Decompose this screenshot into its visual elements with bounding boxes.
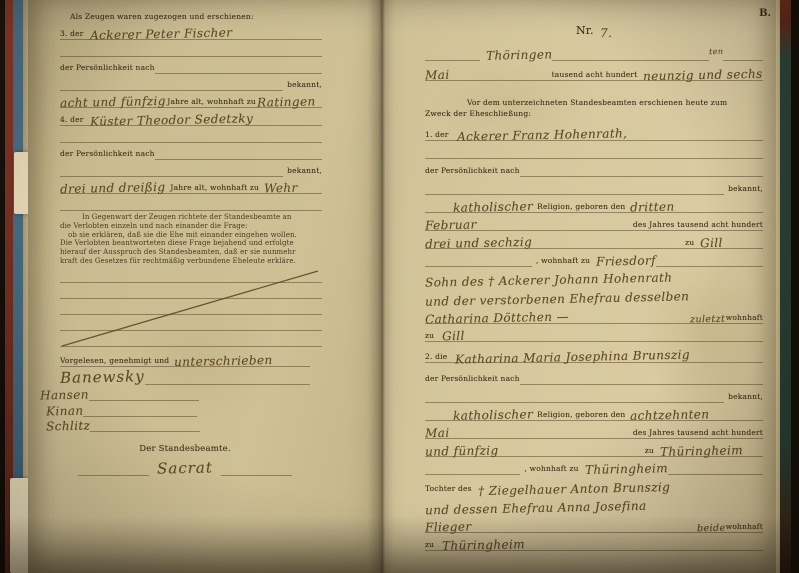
jahres-label: des Jahres tausend acht hundert — [633, 221, 763, 232]
form-row: Flieger beide wohnhaft — [425, 515, 763, 534]
registrar-signature: Sacrat — [157, 458, 213, 477]
groom-prefix: 1. der — [425, 131, 449, 142]
witness3-name-handwriting: Ackerer Peter Fischer — [89, 26, 232, 43]
witness-section: Als Zeugen waren zugezogen und erschiene… — [60, 10, 322, 212]
witness-signature: Kinan — [46, 404, 84, 419]
date-row: Mai tausend acht hundert neunzig und sec… — [425, 62, 763, 82]
groom-birthmonth-handwriting: Februar — [425, 217, 477, 232]
form-row: Mai des Jahres tausend acht hundert — [425, 422, 763, 440]
record-number-handwriting: 7. — [600, 26, 613, 40]
paragraph-line: Die Verlobten beantworteten diese Frage … — [60, 239, 322, 248]
diagonal-strike-line — [60, 268, 322, 348]
corner-page-label: B. — [759, 8, 771, 19]
record-number-row: Nr. 7. — [425, 22, 763, 40]
form-row: , wohnhaft zu Friesdorf — [425, 250, 763, 268]
form-row: 3. der Ackerer Peter Fischer — [60, 24, 322, 41]
place-date-row: Thöringen ten — [425, 40, 763, 62]
groom-birthyear-handwriting: drei und sechzig — [425, 235, 532, 251]
zu-label: zu — [425, 332, 434, 343]
bride-birthplace-handwriting: Thüringheim — [660, 443, 743, 459]
groom-birthplace-handwriting: Gill — [700, 236, 723, 250]
form-row: Als Zeugen waren zugezogen und erschiene… — [60, 10, 322, 24]
bride-residence-handwriting: Thüringheim — [585, 461, 668, 477]
form-row: Sohn des † Ackerer Johann Hohenrath — [425, 268, 763, 287]
form-row: 4. der Küster Theodor Sedetzky — [60, 109, 322, 127]
groom-residence-handwriting: Friesdorf — [596, 253, 656, 268]
nr-label: Nr. — [576, 25, 594, 40]
intro-line: Zweck der Eheschließung: — [425, 110, 531, 121]
witness-heading: Als Zeugen waren zugezogen und erschiene… — [70, 13, 254, 24]
zu-label: zu — [425, 541, 434, 552]
wohnhaft-label: wohnhaft — [726, 314, 763, 325]
parties-section: 1. der Ackerer Franz Hohenrath, der Pers… — [425, 124, 763, 552]
signature-row: Kinan — [46, 402, 310, 418]
form-row: katholischer Religion, geboren den achtz… — [425, 404, 763, 422]
paragraph-line: kraft des Gesetzes für rechtmäßig verbun… — [60, 257, 322, 266]
bride-prefix: 2. die — [425, 353, 447, 364]
form-row: der Persönlichkeit nach — [60, 144, 322, 161]
witness-signature: Banewsky — [60, 367, 145, 387]
bride-parents-handwriting: beide — [697, 523, 726, 535]
bride-religion-handwriting: katholischer — [453, 407, 533, 423]
form-row: bekannt, — [60, 161, 322, 178]
form-row: und dessen Ehefrau Anna Josefina — [425, 496, 763, 515]
blank-ruled-line — [60, 41, 322, 58]
form-row: Februar des Jahres tausend acht hundert — [425, 214, 763, 232]
signature-section: Vorgelesen, genehmigt und unterschrieben… — [60, 352, 310, 477]
witness4-residence-handwriting: Wehr — [264, 181, 298, 196]
register-book-photo: Als Zeugen waren zugezogen und erschiene… — [0, 0, 799, 573]
form-row: Zweck der Eheschließung: — [425, 110, 763, 121]
persoenlichkeit-label: der Persönlichkeit nach — [60, 150, 155, 161]
form-row: drei und sechzig zu Gill — [425, 232, 763, 250]
blank-ruled-line — [425, 142, 763, 160]
bekannt-label: bekannt, — [728, 393, 763, 404]
form-row: und der verstorbenen Ehefrau desselben — [425, 287, 763, 306]
form-row: bekannt, — [425, 386, 763, 404]
signature-row: Banewsky — [60, 368, 310, 386]
form-row: katholischer Religion, geboren den dritt… — [425, 196, 763, 214]
groom-parents-place-handwriting: Gill — [442, 329, 465, 343]
zu-label: zu — [685, 239, 694, 250]
unterschrieben-handwriting: unterschrieben — [174, 353, 273, 369]
bride-birthyear-handwriting: und fünfzig — [425, 443, 499, 459]
form-row: 1. der Ackerer Franz Hohenrath, — [425, 124, 763, 142]
jahre-label: Jahre alt, wohnhaft zu — [167, 98, 256, 109]
form-row: Vorgelesen, genehmigt und unterschrieben — [60, 352, 310, 368]
blank-ruled-line — [60, 195, 322, 212]
jahre-label: Jahre alt, wohnhaft zu — [170, 184, 259, 195]
signature-row: Schlitz — [46, 418, 310, 433]
groom-birthday-handwriting: dritten — [630, 200, 675, 215]
bekannt-label: bekannt, — [728, 185, 763, 196]
standesbeamte-label: Der Standesbeamte. — [139, 445, 231, 457]
form-row: drei und dreißig Jahre alt, wohnhaft zu … — [60, 178, 322, 195]
witness3-prefix: 3. der — [60, 30, 84, 41]
bride-birthmonth-handwriting: Mai — [425, 426, 450, 441]
bekannt-label: bekannt, — [287, 167, 322, 178]
form-row: und fünfzig zu Thüringheim — [425, 440, 763, 458]
religion-label: Religion, geboren den — [537, 411, 625, 422]
wohnhaft-label: wohnhaft — [726, 523, 763, 534]
form-row: Vor dem unterzeichneten Standesbeamten e… — [425, 99, 763, 110]
place-handwriting: Thöringen — [486, 47, 553, 62]
form-row: der Persönlichkeit nach — [425, 160, 763, 178]
struck-blank-section — [60, 268, 322, 348]
official-signature-row: Sacrat — [60, 457, 310, 477]
bride-birthday-handwriting: achtzehnten — [630, 407, 710, 423]
witness-signature: Hansen — [40, 387, 89, 402]
form-row: Tochter des † Ziegelhauer Anton Brunszig — [425, 476, 763, 496]
book-edge-right — [791, 0, 799, 573]
paragraph-line: hierauf der Ausspruch des Standesbeamten… — [60, 248, 322, 257]
persoenlichkeit-label: der Persönlichkeit nach — [425, 375, 520, 386]
persoenlichkeit-label: der Persönlichkeit nach — [60, 64, 155, 75]
blank-ruled-line — [60, 127, 322, 144]
tausend-label: tausend acht hundert — [552, 71, 638, 82]
month-handwriting: Mai — [425, 68, 450, 83]
form-row: bekannt, — [425, 178, 763, 196]
bride-parents-handwriting: Flieger — [425, 520, 472, 535]
paragraph-line: die Verlobten einzeln und nach einander … — [60, 222, 322, 231]
bekannt-label: bekannt, — [287, 81, 322, 92]
form-row: zu Gill — [425, 325, 763, 343]
signature-row: Hansen — [40, 386, 310, 402]
religion-label: Religion, geboren den — [537, 203, 625, 214]
ceremony-paragraph: In Gegenwart der Zeugen richtete der Sta… — [60, 213, 322, 266]
record-header: Nr. 7. Thöringen ten Mai tausend acht hu… — [425, 22, 763, 82]
year-handwriting: neunzig und sechs — [643, 67, 763, 84]
zu-label: zu — [645, 447, 654, 458]
witness4-prefix: 4. der — [60, 116, 84, 127]
day-suffix-handwriting: ten — [709, 47, 724, 56]
form-row: acht und fünfzig Jahre alt, wohnhaft zu … — [60, 92, 322, 109]
paragraph-line: In Gegenwart der Zeugen richtete der Sta… — [60, 213, 322, 222]
form-row: der Persönlichkeit nach — [425, 364, 763, 386]
tochter-label: Tochter des — [425, 485, 472, 496]
vorgelesen-label: Vorgelesen, genehmigt und — [60, 357, 169, 368]
witness-signature: Schlitz — [46, 419, 91, 434]
paragraph-line: ob sie erklären, daß sie die Ehe mit ein… — [60, 231, 322, 240]
groom-parents-handwriting: zuletzt — [690, 314, 725, 326]
form-row: bekannt, — [60, 75, 322, 92]
witness3-age-handwriting: acht und fünfzig — [60, 94, 166, 110]
groom-religion-handwriting: katholischer — [453, 199, 533, 215]
form-row: zu Thüringheim — [425, 534, 763, 552]
bride-parents-place-handwriting: Thüringheim — [442, 537, 525, 553]
persoenlichkeit-label: der Persönlichkeit nach — [425, 167, 520, 178]
wohnhaft-zu-label: , wohnhaft zu — [536, 257, 590, 268]
witness4-age-handwriting: drei und dreißig — [60, 180, 166, 196]
form-row: Catharina Döttchen — zuletzt wohnhaft — [425, 306, 763, 325]
book-gutter — [368, 0, 394, 573]
wohnhaft-zu-label: , wohnhaft zu — [524, 465, 578, 476]
form-row: , wohnhaft zu Thüringheim — [425, 458, 763, 476]
jahres-label: des Jahres tausend acht hundert — [633, 429, 763, 440]
groom-parents-handwriting: Catharina Döttchen — — [425, 309, 569, 326]
intro-paragraph: Vor dem unterzeichneten Standesbeamten e… — [425, 99, 763, 121]
form-row: der Persönlichkeit nach — [60, 58, 322, 75]
form-row: 2. die Katharina Maria Josephina Brunszi… — [425, 343, 763, 364]
form-row: Der Standesbeamte. — [60, 433, 310, 457]
witness3-residence-handwriting: Ratingen — [257, 94, 316, 109]
